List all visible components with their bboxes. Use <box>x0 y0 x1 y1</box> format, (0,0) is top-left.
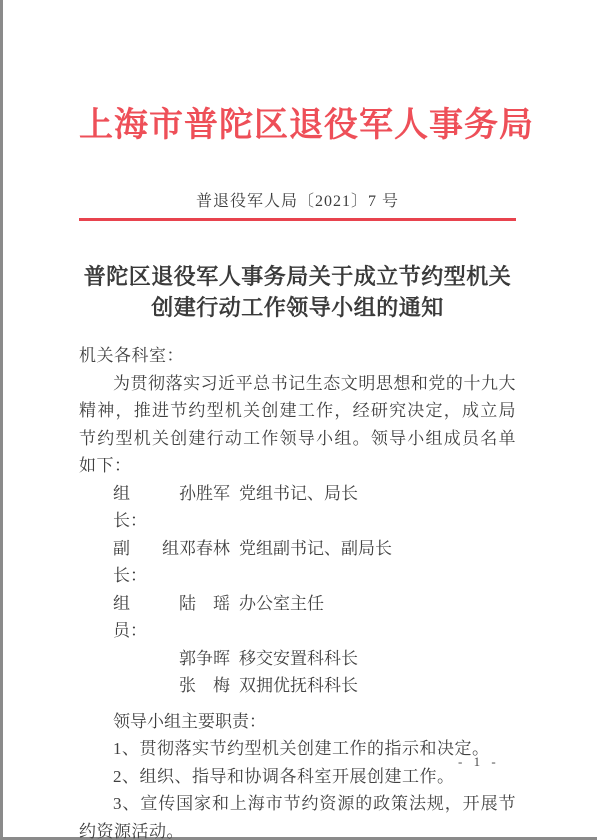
duties-heading: 领导小组主要职责： <box>79 708 516 736</box>
member-name: 张 梅 <box>179 672 239 700</box>
member-row: 郭争晖 移交安置科科长 <box>113 645 516 673</box>
member-name: 郭争晖 <box>179 645 239 673</box>
member-title: 党组副书记、副局长 <box>239 535 516 590</box>
member-role: 副组长： <box>113 535 179 590</box>
duty-item: 3、宣传国家和上海市节约资源的政策法规，开展节约资源活动。 <box>79 790 516 840</box>
member-row: 组 员： 陆 瑶 办公室主任 <box>113 590 516 645</box>
member-role: 组 长： <box>113 480 179 535</box>
document-title-line1: 普陀区退役军人事务局关于成立节约型机关 <box>79 261 516 292</box>
member-name: 邓春林 <box>179 535 239 590</box>
duty-item: 1、贯彻落实节约型机关创建工作的指示和决定。 <box>79 735 516 763</box>
member-row: 张 梅 双拥优抚科科长 <box>113 672 516 700</box>
duties-list: 1、贯彻落实节约型机关创建工作的指示和决定。 2、组织、指导和协调各科室开展创建… <box>79 735 516 840</box>
scan-edge-left <box>0 0 3 840</box>
letterhead-divider-rule <box>79 218 516 221</box>
member-row: 组 长： 孙胜军 党组书记、局长 <box>113 480 516 535</box>
member-list: 组 长： 孙胜军 党组书记、局长 副组长： 邓春林 党组副书记、副局长 组 员：… <box>113 480 516 700</box>
document-title: 普陀区退役军人事务局关于成立节约型机关 创建行动工作领导小组的通知 <box>79 261 516 323</box>
member-title: 办公室主任 <box>239 590 516 645</box>
duty-item: 2、组织、指导和协调各科室开展创建工作。 <box>79 763 516 791</box>
member-role: 组 员： <box>113 590 179 645</box>
page-number: - 1 - <box>458 754 500 770</box>
member-title: 移交安置科科长 <box>239 645 516 673</box>
member-row: 副组长： 邓春林 党组副书记、副局长 <box>113 535 516 590</box>
letterhead-agency-name: 上海市普陀区退役军人事务局 <box>79 101 516 151</box>
member-name: 孙胜军 <box>179 480 239 535</box>
member-title: 双拥优抚科科长 <box>239 672 516 700</box>
member-name: 陆 瑶 <box>179 590 239 645</box>
scanned-document-page: { "header": { "agency_name": "上海市普陀区退役军人… <box>0 0 597 840</box>
intro-paragraph: 为贯彻落实习近平总书记生态文明思想和党的十九大精神，推进节约型机关创建工作，经研… <box>79 370 516 480</box>
document-body: 机关各科室： 为贯彻落实习近平总书记生态文明思想和党的十九大精神，推进节约型机关… <box>79 342 516 840</box>
member-title: 党组书记、局长 <box>239 480 516 535</box>
salutation: 机关各科室： <box>79 342 516 370</box>
document-title-line2: 创建行动工作领导小组的通知 <box>79 292 516 323</box>
member-role <box>113 672 179 700</box>
member-role <box>113 645 179 673</box>
document-content: 上海市普陀区退役军人事务局 普退役军人局〔2021〕7 号 普陀区退役军人事务局… <box>79 0 516 840</box>
document-number: 普退役军人局〔2021〕7 号 <box>79 191 516 213</box>
